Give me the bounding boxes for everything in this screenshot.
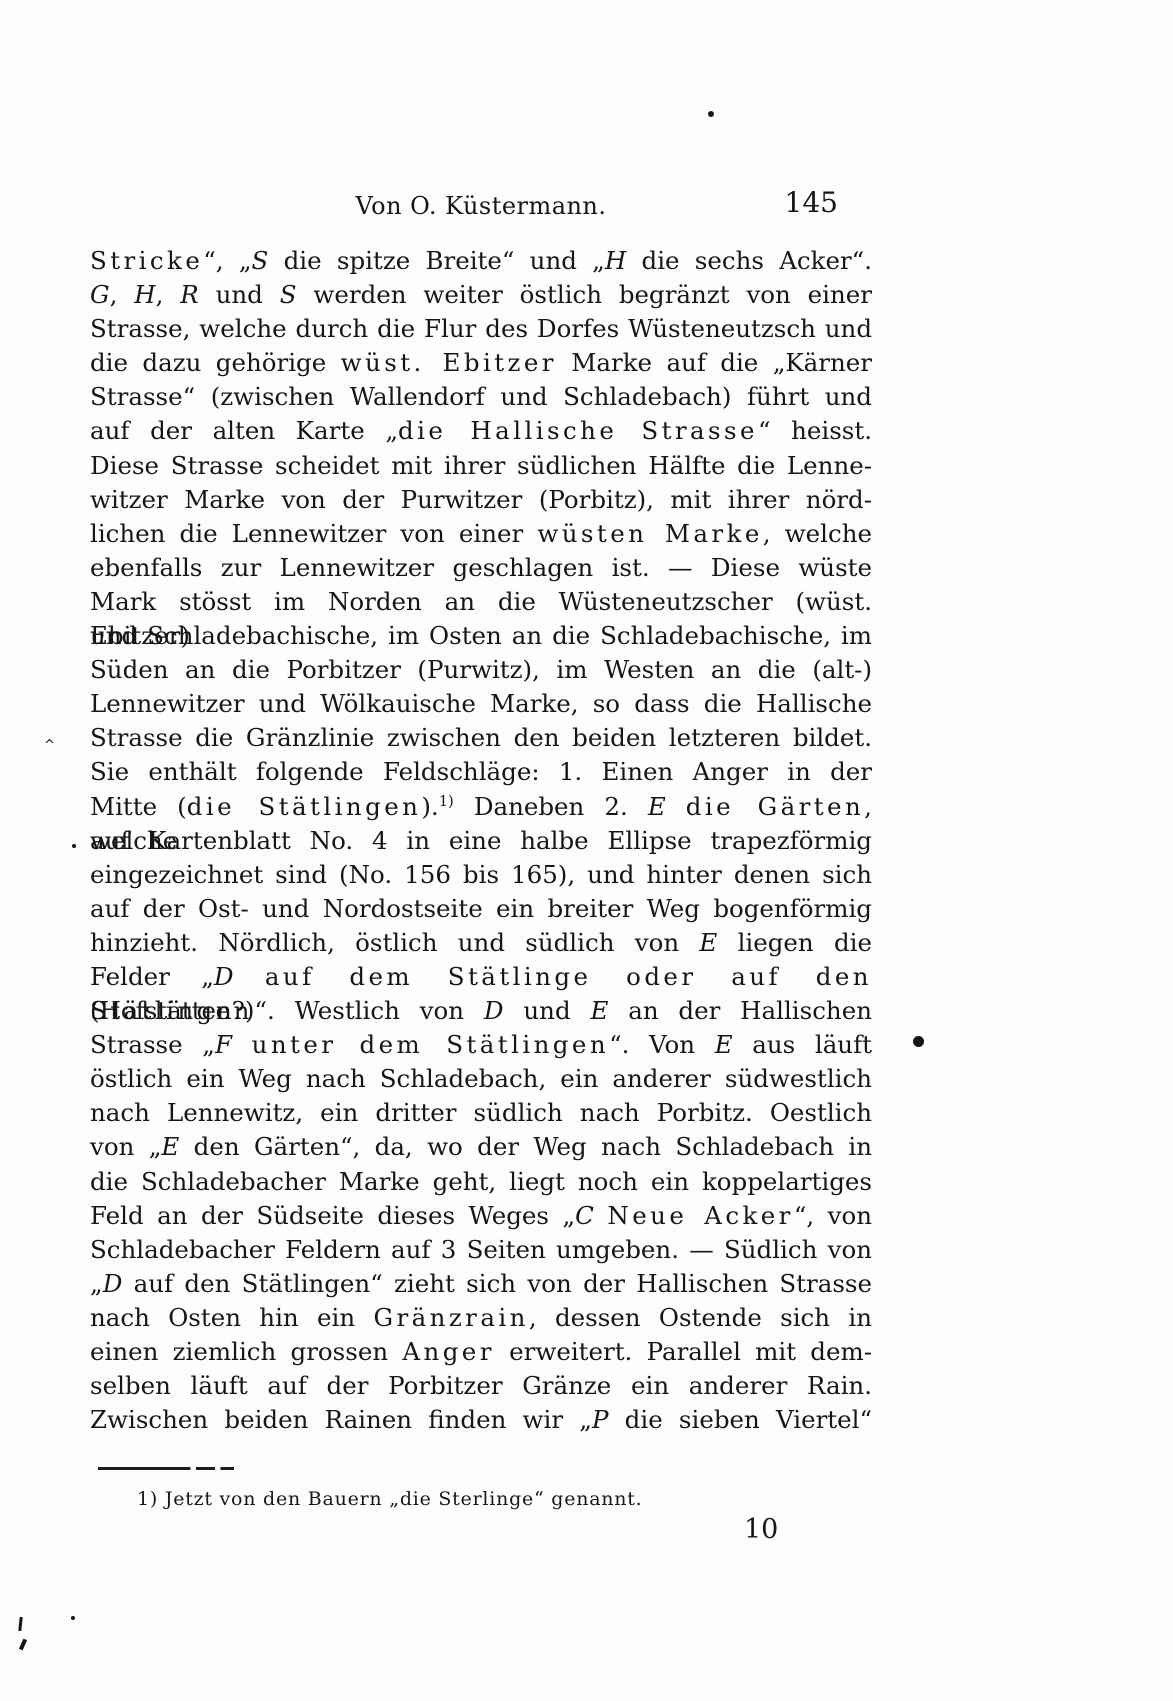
text-segment: eingezeichnet sind (No. 156 bis 165), un…: [90, 860, 872, 889]
text-line: nach Osten hin ein Gränzrain, dessen Ost…: [90, 1301, 872, 1335]
text-segment: Feld an der Südseite dieses Weges „: [90, 1201, 575, 1230]
text-line: witzer Marke von der Purwitzer (Porbitz)…: [90, 483, 872, 517]
text-line: östlich ein Weg nach Schladebach, ein an…: [90, 1062, 872, 1096]
text-segment: [234, 962, 265, 991]
text-segment: G: [90, 280, 110, 309]
text-segment: und Schladebachische, im Osten an die Sc…: [90, 621, 872, 650]
text-segment: nach Lennewitz, ein dritter südlich nach…: [90, 1098, 872, 1127]
ink-speck: [72, 844, 76, 848]
text-segment: die spitze Breite“ und „: [268, 246, 605, 275]
text-segment: einen ziemlich grossen: [90, 1337, 402, 1366]
text-line: Zwischen beiden Rainen finden wir „P die…: [90, 1403, 872, 1437]
text-line: Strasse, welche durch die Flur des Dorfe…: [90, 312, 872, 346]
text-line: auf der Ost- und Nordostseite ein breite…: [90, 892, 872, 926]
text-segment: auf den Stätlingen“ zieht sich von der H…: [122, 1269, 872, 1298]
ink-speck: [71, 1616, 75, 1620]
text-segment: D: [214, 962, 234, 991]
text-segment: Strasse“ (zwischen Wallendorf und Schlad…: [90, 382, 872, 411]
ink-speck: ^: [44, 738, 55, 753]
text-segment: ).: [421, 792, 438, 821]
text-segment: den Gärten“, da, wo der Weg nach Schlade…: [179, 1132, 872, 1161]
text-segment: E: [699, 928, 717, 957]
text-segment: S: [280, 280, 297, 309]
text-line: G, H, R und S werden weiter östlich begr…: [90, 278, 872, 312]
text-segment: C: [575, 1201, 594, 1230]
text-line: nach Lennewitz, ein dritter südlich nach…: [90, 1096, 872, 1130]
text-segment: Sie enthält folgende Feldschläge: 1. Ein…: [90, 757, 872, 786]
text-segment: D: [103, 1269, 123, 1298]
page-header: Von O. Küstermann. 145: [90, 186, 872, 226]
text-segment: P: [592, 1405, 609, 1434]
footnote-rule: [98, 1467, 234, 1470]
text-segment: Daneben 2.: [454, 792, 648, 821]
text-segment: Strasse, welche durch die Flur des Dorfe…: [90, 314, 872, 343]
ink-speck: [913, 1036, 924, 1047]
text-segment: unter dem Stätlingen: [252, 1030, 609, 1059]
text-line: Strasse „F unter dem Stätlingen“. Von E …: [90, 1028, 872, 1062]
text-segment: Strasse „: [90, 1030, 215, 1059]
footnote: 1) Jetzt von den Bauern „die Sterlinge“ …: [90, 1488, 919, 1510]
text-segment: die sieben Viertel“: [608, 1405, 872, 1434]
text-line: Lennewitzer und Wölkauische Marke, so da…: [90, 687, 872, 721]
text-segment: F: [215, 1030, 232, 1059]
scanned-book-page: Von O. Küstermann. 145 Stricke“, „S die …: [0, 0, 1173, 1701]
text-segment: H: [605, 246, 626, 275]
text-line: „D auf den Stätlingen“ zieht sich von de…: [90, 1267, 872, 1301]
text-segment: S: [252, 246, 269, 275]
text-segment: “, von: [794, 1201, 872, 1230]
text-segment: , welche: [763, 519, 872, 548]
text-line: (Hofstätten?)“. Westlich von D und E an …: [90, 994, 872, 1028]
text-segment: und: [504, 996, 591, 1025]
text-segment: Mitte (: [90, 792, 187, 821]
text-segment: „: [90, 1269, 103, 1298]
text-segment: auf der alten Karte „: [90, 416, 398, 445]
page-number: 145: [785, 186, 838, 219]
running-head: Von O. Küstermann.: [90, 192, 872, 220]
text-segment: Schladebacher Feldern auf 3 Seiten umgeb…: [90, 1235, 872, 1264]
text-line: hinzieht. Nördlich, östlich und südlich …: [90, 926, 872, 960]
text-segment: ,: [110, 280, 135, 309]
text-segment: ,: [156, 280, 181, 309]
text-segment: E: [648, 792, 666, 821]
text-line: Strasse“ (zwischen Wallendorf und Schlad…: [90, 380, 872, 414]
text-line: ebenfalls zur Lennewitzer geschlagen ist…: [90, 551, 872, 585]
text-segment: “, „: [203, 246, 251, 275]
text-segment: Süden an die Porbitzer (Purwitz), im Wes…: [90, 655, 872, 684]
text-segment: hinzieht. Nördlich, östlich und südlich …: [90, 928, 699, 957]
text-segment: die Schladebacher Marke geht, liegt noch…: [90, 1167, 872, 1196]
text-segment: H: [134, 280, 155, 309]
text-segment: liegen die: [717, 928, 872, 957]
text-line: Sie enthält folgende Feldschläge: 1. Ein…: [90, 755, 872, 789]
text-segment: selben läuft auf der Porbitzer Gränze ei…: [90, 1371, 872, 1400]
text-line: lichen die Lennewitzer von einer wüsten …: [90, 517, 872, 551]
text-line: Feld an der Südseite dieses Weges „C Neu…: [90, 1199, 872, 1233]
text-segment: Strasse die Gränzlinie zwischen den beid…: [90, 723, 872, 752]
text-segment: D: [484, 996, 504, 1025]
text-segment: wüst. Ebitzer: [341, 348, 557, 377]
text-line: auf Kartenblatt No. 4 in eine halbe Elli…: [90, 824, 872, 858]
text-segment: die Stätlingen: [187, 792, 422, 821]
text-segment: Diese Strasse scheidet mit ihrer südlich…: [90, 451, 872, 480]
text-segment: Gränzrain: [373, 1303, 528, 1332]
text-segment: wüsten Marke: [537, 519, 762, 548]
text-line: die dazu gehörige wüst. Ebitzer Marke au…: [90, 346, 872, 380]
text-segment: werden weiter östlich begränzt von einer: [297, 280, 872, 309]
text-line: eingezeichnet sind (No. 156 bis 165), un…: [90, 858, 872, 892]
text-segment: die dazu gehörige: [90, 348, 341, 377]
body-text: Stricke“, „S die spitze Breite“ und „H d…: [90, 244, 872, 1437]
text-segment: Marke auf die „Kärner: [557, 348, 872, 377]
text-segment: “ heisst.: [758, 416, 872, 445]
text-segment: Anger: [402, 1337, 495, 1366]
text-line: von „E den Gärten“, da, wo der Weg nach …: [90, 1130, 872, 1164]
text-segment: , dessen Ostende sich in: [529, 1303, 872, 1332]
ink-speck: [708, 111, 714, 117]
text-segment: ebenfalls zur Lennewitzer geschlagen ist…: [90, 553, 872, 582]
text-segment: (Hofstätten?)“. Westlich von: [90, 996, 484, 1025]
text-line: Strasse die Gränzlinie zwischen den beid…: [90, 721, 872, 755]
text-segment: E: [715, 1030, 733, 1059]
text-segment: [232, 1030, 252, 1059]
text-segment: [594, 1201, 607, 1230]
signature-mark: 10: [744, 1514, 778, 1545]
text-segment: E: [590, 996, 608, 1025]
text-segment: 1): [439, 792, 454, 809]
text-segment: E: [161, 1132, 179, 1161]
text-segment: lichen die Lennewitzer von einer: [90, 519, 537, 548]
text-line: Mark stösst im Norden an die Wüsteneutzs…: [90, 585, 872, 619]
text-line: Felder „D auf dem Stätlinge oder auf den…: [90, 960, 872, 994]
text-segment: Felder „: [90, 962, 214, 991]
text-segment: aus läuft: [733, 1030, 872, 1059]
text-segment: R: [180, 280, 198, 309]
text-segment: Lennewitzer und Wölkauische Marke, so da…: [90, 689, 872, 718]
text-segment: auf Kartenblatt No. 4 in eine halbe Elli…: [90, 826, 872, 855]
text-line: Süden an die Porbitzer (Purwitz), im Wes…: [90, 653, 872, 687]
text-line: Diese Strasse scheidet mit ihrer südlich…: [90, 449, 872, 483]
text-segment: [666, 792, 686, 821]
text-segment: Zwischen beiden Rainen finden wir „: [90, 1405, 592, 1434]
text-segment: die sechs Acker“.: [626, 246, 872, 275]
text-segment: witzer Marke von der Purwitzer (Porbitz)…: [90, 485, 872, 514]
text-segment: erweitert. Parallel mit dem-: [495, 1337, 872, 1366]
text-line: Stricke“, „S die spitze Breite“ und „H d…: [90, 244, 872, 278]
text-line: einen ziemlich grossen Anger erweitert. …: [90, 1335, 872, 1369]
text-segment: nach Osten hin ein: [90, 1303, 373, 1332]
text-segment: östlich ein Weg nach Schladebach, ein an…: [90, 1064, 872, 1093]
text-segment: die Gärten: [686, 792, 864, 821]
text-segment: “. Von: [609, 1030, 715, 1059]
text-line: und Schladebachische, im Osten an die Sc…: [90, 619, 872, 653]
text-segment: von „: [90, 1132, 161, 1161]
text-line: Mitte (die Stätlingen).1) Daneben 2. E d…: [90, 790, 872, 824]
text-segment: Neue Acker: [607, 1201, 793, 1230]
text-line: selben läuft auf der Porbitzer Gränze ei…: [90, 1369, 872, 1403]
ink-speck: [18, 1617, 22, 1631]
text-line: die Schladebacher Marke geht, liegt noch…: [90, 1165, 872, 1199]
text-line: Schladebacher Feldern auf 3 Seiten umgeb…: [90, 1233, 872, 1267]
text-segment: auf der Ost- und Nordostseite ein breite…: [90, 894, 872, 923]
text-segment: die Hallische Strasse: [398, 416, 758, 445]
text-segment: und: [199, 280, 280, 309]
ink-speck: [19, 1639, 27, 1651]
text-line: auf der alten Karte „die Hallische Stras…: [90, 414, 872, 448]
text-segment: an der Hallischen: [608, 996, 872, 1025]
text-segment: Stricke: [90, 246, 203, 275]
